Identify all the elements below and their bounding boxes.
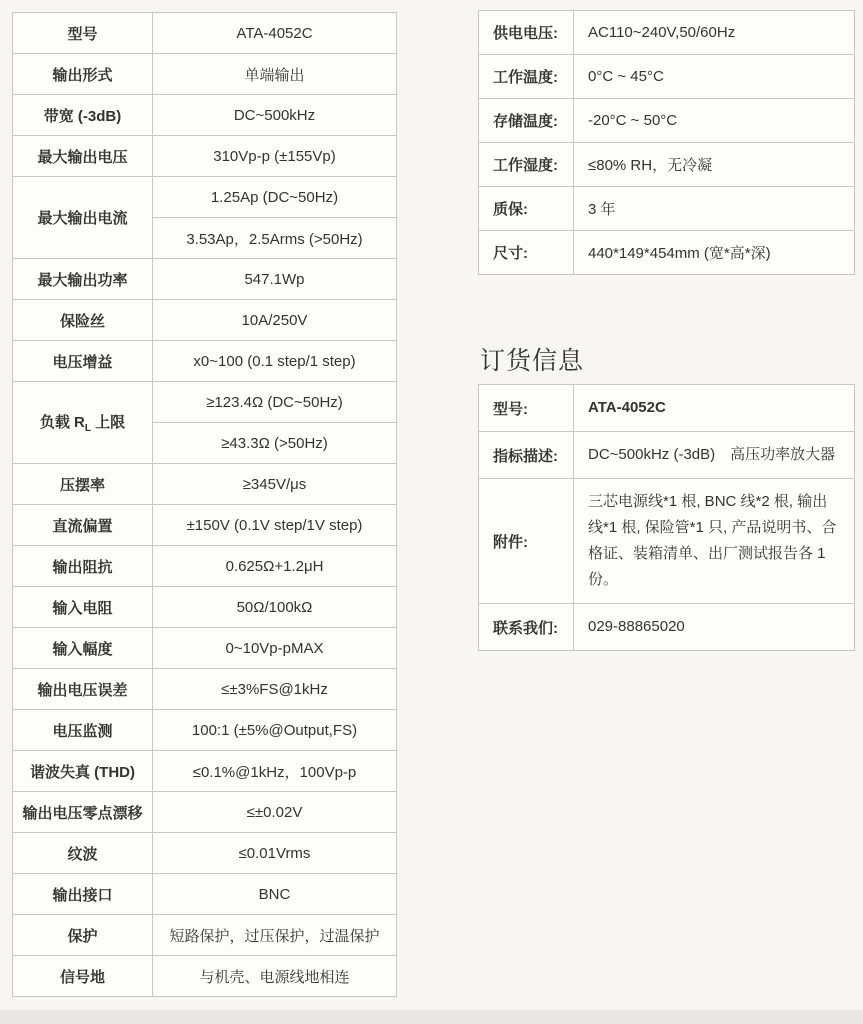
spec-label: 输入幅度 (13, 628, 153, 669)
spec-value: ≥43.3Ω (>50Hz) (153, 423, 397, 464)
table-row: 尺寸: 440*149*454mm (宽*高*深) (479, 231, 855, 275)
env-value: 440*149*454mm (宽*高*深) (574, 231, 855, 275)
order-contact-value: 029-88865020 (574, 604, 855, 651)
spec-label: 保护 (13, 915, 153, 956)
order-label: 联系我们: (479, 604, 574, 651)
spec-label: 输出电压误差 (13, 669, 153, 710)
table-row: 输入电阻 50Ω/100kΩ (13, 587, 397, 628)
table-row: 负载 RL 上限 ≥123.4Ω (DC~50Hz) (13, 382, 397, 423)
spec-label: 输出阻抗 (13, 546, 153, 587)
env-label: 质保: (479, 187, 574, 231)
table-row: 保护 短路保护，过压保护，过温保护 (13, 915, 397, 956)
order-info-title: 订货信息 (480, 341, 584, 377)
table-row: 信号地 与机壳、电源线地相连 (13, 956, 397, 997)
table-row: 型号 ATA-4052C (13, 13, 397, 54)
spec-label: 最大输出电流 (13, 177, 153, 259)
spec-value: ≤0.01Vrms (153, 833, 397, 874)
spec-label: 信号地 (13, 956, 153, 997)
env-label: 工作温度: (479, 55, 574, 99)
spec-value: DC~500kHz (153, 95, 397, 136)
env-value: -20°C ~ 50°C (574, 99, 855, 143)
spec-label: 纹波 (13, 833, 153, 874)
env-label: 尺寸: (479, 231, 574, 275)
spec-label: 输出接口 (13, 874, 153, 915)
spec-value: 0~10Vp-pMAX (153, 628, 397, 669)
table-row: 最大输出电压 310Vp-p (±155Vp) (13, 136, 397, 177)
spec-value: 3.53Ap，2.5Arms (>50Hz) (153, 218, 397, 259)
table-row: 输出电压误差 ≤±3%FS@1kHz (13, 669, 397, 710)
order-description-value: DC~500kHz (-3dB) 高压功率放大器 (574, 432, 855, 479)
order-label: 附件: (479, 479, 574, 604)
spec-label: 带宽 (-3dB) (13, 95, 153, 136)
env-value: 3 年 (574, 187, 855, 231)
spec-value: 310Vp-p (±155Vp) (153, 136, 397, 177)
spec-value: 短路保护，过压保护，过温保护 (153, 915, 397, 956)
spec-label: 谐波失真 (THD) (13, 751, 153, 792)
page-bottom-band (0, 1010, 863, 1024)
spec-value: 10A/250V (153, 300, 397, 341)
table-row: 输出接口 BNC (13, 874, 397, 915)
spec-label: 最大输出电压 (13, 136, 153, 177)
table-row: 附件: 三芯电源线*1 根, BNC 线*2 根, 输出线*1 根, 保险管*1… (479, 479, 855, 604)
spec-label: 型号 (13, 13, 153, 54)
table-row: 指标描述: DC~500kHz (-3dB) 高压功率放大器 (479, 432, 855, 479)
table-row: 工作湿度: ≤80% RH，无冷凝 (479, 143, 855, 187)
spec-value: ≤0.1%@1kHz，100Vp-p (153, 751, 397, 792)
table-row: 质保: 3 年 (479, 187, 855, 231)
order-model-value: ATA-4052C (574, 385, 855, 432)
spec-value: BNC (153, 874, 397, 915)
environment-table: 供电电压: AC110~240V,50/60Hz 工作温度: 0°C ~ 45°… (478, 10, 855, 275)
table-row: 输出阻抗 0.625Ω+1.2μH (13, 546, 397, 587)
env-value: 0°C ~ 45°C (574, 55, 855, 99)
table-row: 型号: ATA-4052C (479, 385, 855, 432)
order-label: 指标描述: (479, 432, 574, 479)
env-label: 存储温度: (479, 99, 574, 143)
spec-value: ≤±3%FS@1kHz (153, 669, 397, 710)
spec-label: 最大输出功率 (13, 259, 153, 300)
spec-value: x0~100 (0.1 step/1 step) (153, 341, 397, 382)
table-row: 输出形式 单端输出 (13, 54, 397, 95)
table-row: 存储温度: -20°C ~ 50°C (479, 99, 855, 143)
spec-value: 50Ω/100kΩ (153, 587, 397, 628)
spec-value: 100:1 (±5%@Output,FS) (153, 710, 397, 751)
table-row: 供电电压: AC110~240V,50/60Hz (479, 11, 855, 55)
spec-sheet-page: 型号 ATA-4052C 输出形式 单端输出 带宽 (-3dB) DC~500k… (0, 0, 863, 1024)
spec-value: ≥123.4Ω (DC~50Hz) (153, 382, 397, 423)
table-row: 最大输出电流 1.25Ap (DC~50Hz) (13, 177, 397, 218)
table-row: 直流偏置 ±150V (0.1V step/1V step) (13, 505, 397, 546)
spec-value: 0.625Ω+1.2μH (153, 546, 397, 587)
spec-value: ±150V (0.1V step/1V step) (153, 505, 397, 546)
spec-value: ≥345V/μs (153, 464, 397, 505)
table-row: 纹波 ≤0.01Vrms (13, 833, 397, 874)
spec-value: 单端输出 (153, 54, 397, 95)
table-row: 谐波失真 (THD) ≤0.1%@1kHz，100Vp-p (13, 751, 397, 792)
spec-label: 输入电阻 (13, 587, 153, 628)
spec-label: 压摆率 (13, 464, 153, 505)
env-label: 供电电压: (479, 11, 574, 55)
table-row: 最大输出功率 547.1Wp (13, 259, 397, 300)
env-value: ≤80% RH，无冷凝 (574, 143, 855, 187)
spec-label: 输出形式 (13, 54, 153, 95)
spec-value: 与机壳、电源线地相连 (153, 956, 397, 997)
label-text: 负载 R (40, 414, 85, 431)
env-label: 工作湿度: (479, 143, 574, 187)
spec-label: 输出电压零点漂移 (13, 792, 153, 833)
spec-value: 547.1Wp (153, 259, 397, 300)
spec-label: 直流偏置 (13, 505, 153, 546)
table-row: 联系我们: 029-88865020 (479, 604, 855, 651)
table-row: 电压监测 100:1 (±5%@Output,FS) (13, 710, 397, 751)
spec-value: ATA-4052C (153, 13, 397, 54)
spec-label: 电压监测 (13, 710, 153, 751)
table-row: 输入幅度 0~10Vp-pMAX (13, 628, 397, 669)
table-row: 保险丝 10A/250V (13, 300, 397, 341)
table-row: 电压增益 x0~100 (0.1 step/1 step) (13, 341, 397, 382)
spec-value: ≤±0.02V (153, 792, 397, 833)
table-row: 带宽 (-3dB) DC~500kHz (13, 95, 397, 136)
spec-label: 保险丝 (13, 300, 153, 341)
order-info-table: 型号: ATA-4052C 指标描述: DC~500kHz (-3dB) 高压功… (478, 384, 855, 651)
spec-label-load-rl: 负载 RL 上限 (13, 382, 153, 464)
env-value: AC110~240V,50/60Hz (574, 11, 855, 55)
order-accessories-value: 三芯电源线*1 根, BNC 线*2 根, 输出线*1 根, 保险管*1 只, … (574, 479, 855, 604)
spec-table: 型号 ATA-4052C 输出形式 单端输出 带宽 (-3dB) DC~500k… (12, 12, 397, 997)
label-text: 上限 (91, 414, 125, 431)
order-label: 型号: (479, 385, 574, 432)
table-row: 工作温度: 0°C ~ 45°C (479, 55, 855, 99)
spec-label: 电压增益 (13, 341, 153, 382)
table-row: 输出电压零点漂移 ≤±0.02V (13, 792, 397, 833)
table-row: 压摆率 ≥345V/μs (13, 464, 397, 505)
spec-value: 1.25Ap (DC~50Hz) (153, 177, 397, 218)
